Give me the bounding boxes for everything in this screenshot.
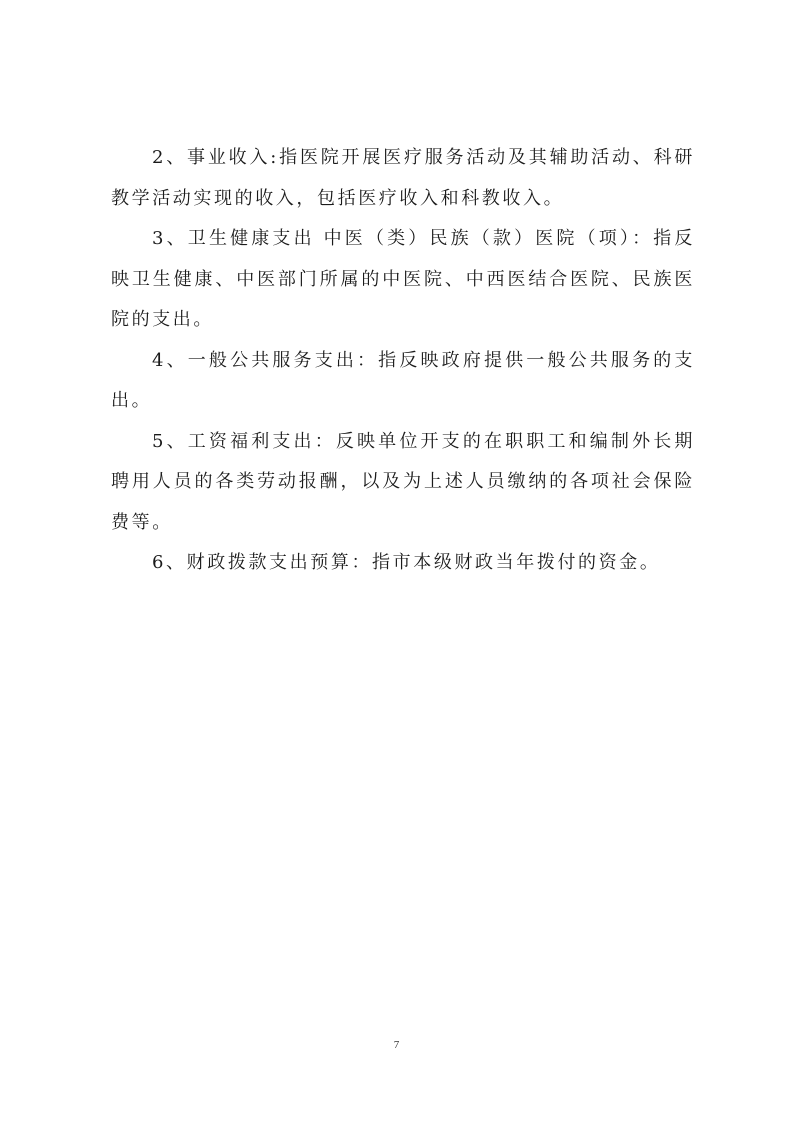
page-number: 7: [0, 1039, 793, 1051]
paragraph-public-service-expenditure: 4、一般公共服务支出：指反映政府提供一般公共服务的支出。: [111, 341, 695, 422]
document-page: 2、事业收入:指医院开展医疗服务活动及其辅助活动、科研教学活动实现的收入，包括医…: [0, 0, 793, 1122]
paragraph-fiscal-appropriation-budget: 6、财政拨款支出预算：指市本级财政当年拨付的资金。: [111, 543, 695, 584]
paragraph-health-expenditure: 3、卫生健康支出 中医（类）民族（款）医院（项）：指反映卫生健康、中医部门所属的…: [111, 219, 695, 341]
body-text: 2、事业收入:指医院开展医疗服务活动及其辅助活动、科研教学活动实现的收入，包括医…: [111, 138, 695, 584]
paragraph-wage-welfare-expenditure: 5、工资福利支出：反映单位开支的在职职工和编制外长期聘用人员的各类劳动报酬，以及…: [111, 422, 695, 544]
paragraph-business-income: 2、事业收入:指医院开展医疗服务活动及其辅助活动、科研教学活动实现的收入，包括医…: [111, 138, 695, 219]
